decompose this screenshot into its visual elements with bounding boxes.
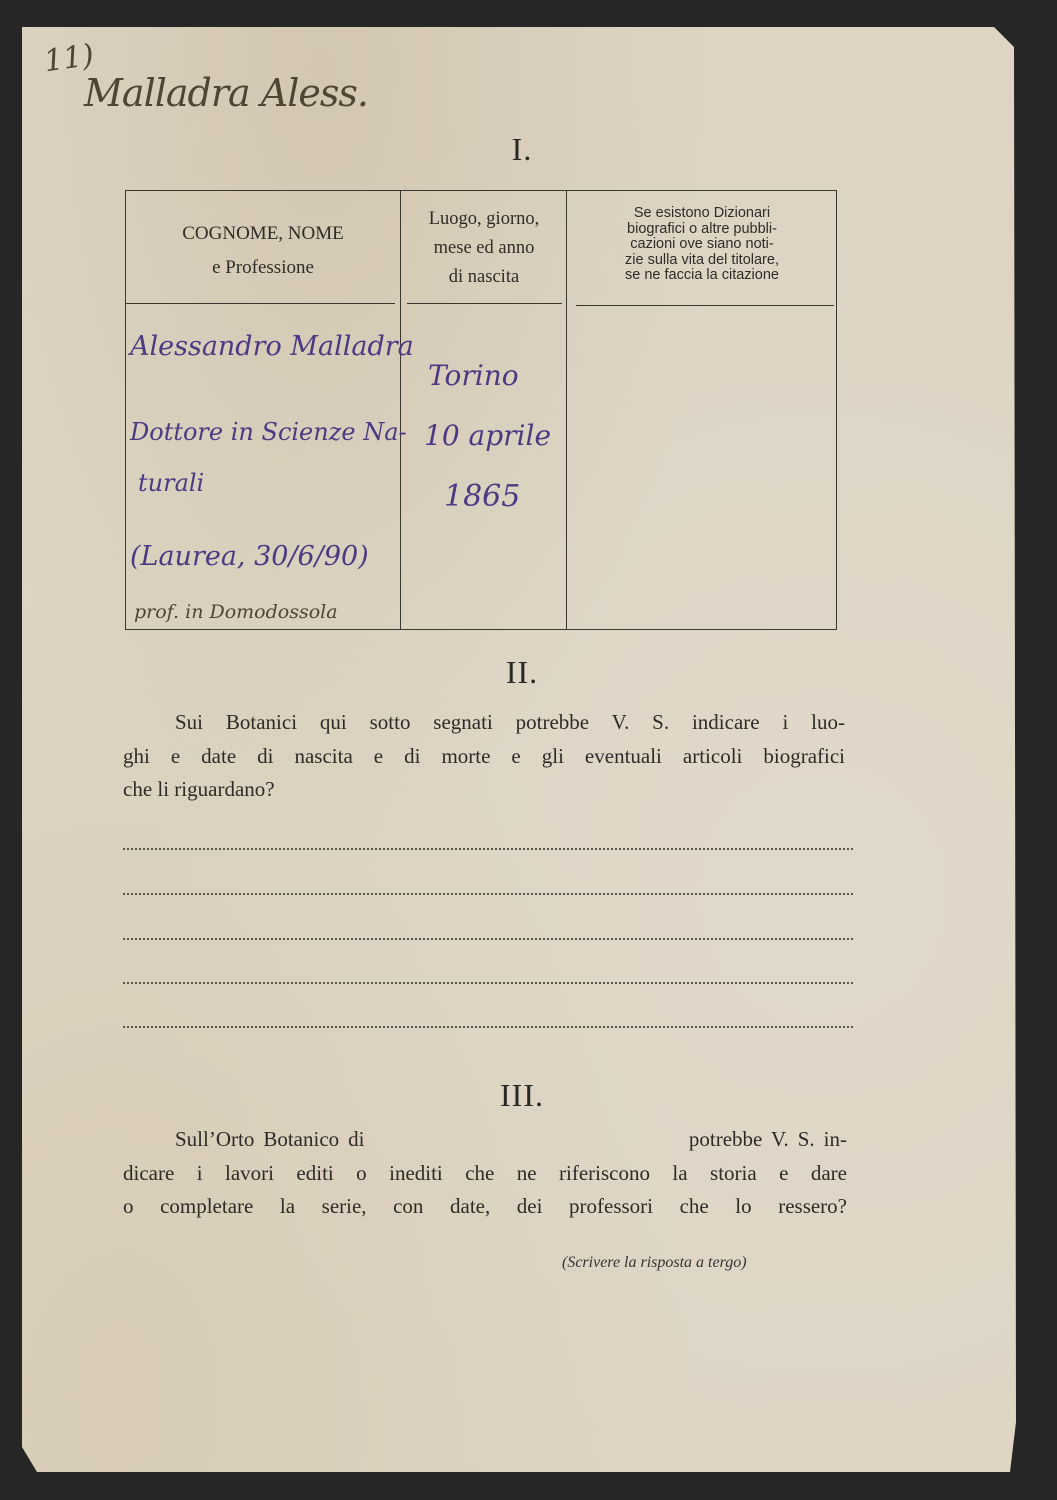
question-line: dicare i lavori editi o inediti che ne r…: [123, 1157, 847, 1191]
table-divider: [566, 191, 567, 629]
instruction-note: (Scrivere la risposta a tergo): [562, 1254, 747, 1272]
handwritten-surname-annotation: Malladra Aless.: [84, 71, 368, 115]
question-line: che li riguardano?: [123, 773, 845, 807]
header-line: se ne faccia la citazione: [568, 268, 836, 284]
entry-birth-place: Torino: [428, 359, 519, 392]
section-1-heading: I.: [22, 131, 1022, 168]
header-line: Se esistono Dizionari: [568, 206, 836, 222]
header-line: COGNOME, NOME: [126, 217, 400, 251]
header-line: e Professione: [126, 251, 400, 285]
header-rule: [126, 303, 395, 304]
header-rule: [576, 305, 834, 306]
answer-line-4[interactable]: [123, 982, 853, 984]
header-line: Luogo, giorno,: [402, 205, 566, 234]
header-line: zie sulla vita del titolare,: [568, 253, 836, 269]
question-line: Sull’Orto Botanico di potrebbe V. S. in-: [123, 1123, 847, 1157]
answer-line-5[interactable]: [123, 1026, 853, 1028]
biographical-table: COGNOME, NOME e Professione Luogo, giorn…: [125, 190, 837, 630]
table-divider: [400, 191, 401, 629]
column-header-name-profession: COGNOME, NOME e Professione: [126, 217, 400, 285]
entry-full-name: Alessandro Malladra: [130, 331, 414, 362]
question-line: Sui Botanici qui sotto segnati potrebbe …: [123, 706, 845, 740]
header-line: di nascita: [402, 263, 566, 292]
answer-line-1[interactable]: [123, 848, 853, 850]
entry-birth-year: 1865: [444, 479, 520, 514]
section-3-heading: III.: [22, 1077, 1022, 1114]
answer-line-2[interactable]: [123, 893, 853, 895]
entry-profession: Dottore in Scienze Na-: [130, 418, 407, 446]
section-2-question: Sui Botanici qui sotto segnati potrebbe …: [123, 706, 845, 807]
column-header-references: Se esistono Dizionari biografici o altre…: [568, 206, 836, 284]
header-line: cazioni ove siano noti-: [568, 237, 836, 253]
entry-birth-day: 10 aprile: [424, 419, 551, 452]
header-line: biografici o altre pubbli-: [568, 222, 836, 238]
column-header-birth: Luogo, giorno, mese ed anno di nascita: [402, 205, 566, 292]
header-rule: [407, 303, 562, 304]
section-3-question: Sull’Orto Botanico di potrebbe V. S. in-…: [123, 1123, 847, 1224]
answer-line-3[interactable]: [123, 938, 853, 940]
section-2-heading: II.: [22, 654, 1022, 691]
entry-pencil-note: prof. in Domodossola: [134, 601, 338, 623]
header-line: mese ed anno: [402, 234, 566, 263]
entry-profession-cont: turali: [138, 469, 204, 497]
entry-degree-date: (Laurea, 30/6/90): [130, 541, 369, 572]
document-page: 11) Malladra Aless. I. COGNOME, NOME e P…: [22, 27, 1022, 1472]
question-line: ghi e date di nascita e di morte e gli e…: [123, 740, 845, 774]
question-line: o completare la serie, con date, dei pro…: [123, 1190, 847, 1224]
